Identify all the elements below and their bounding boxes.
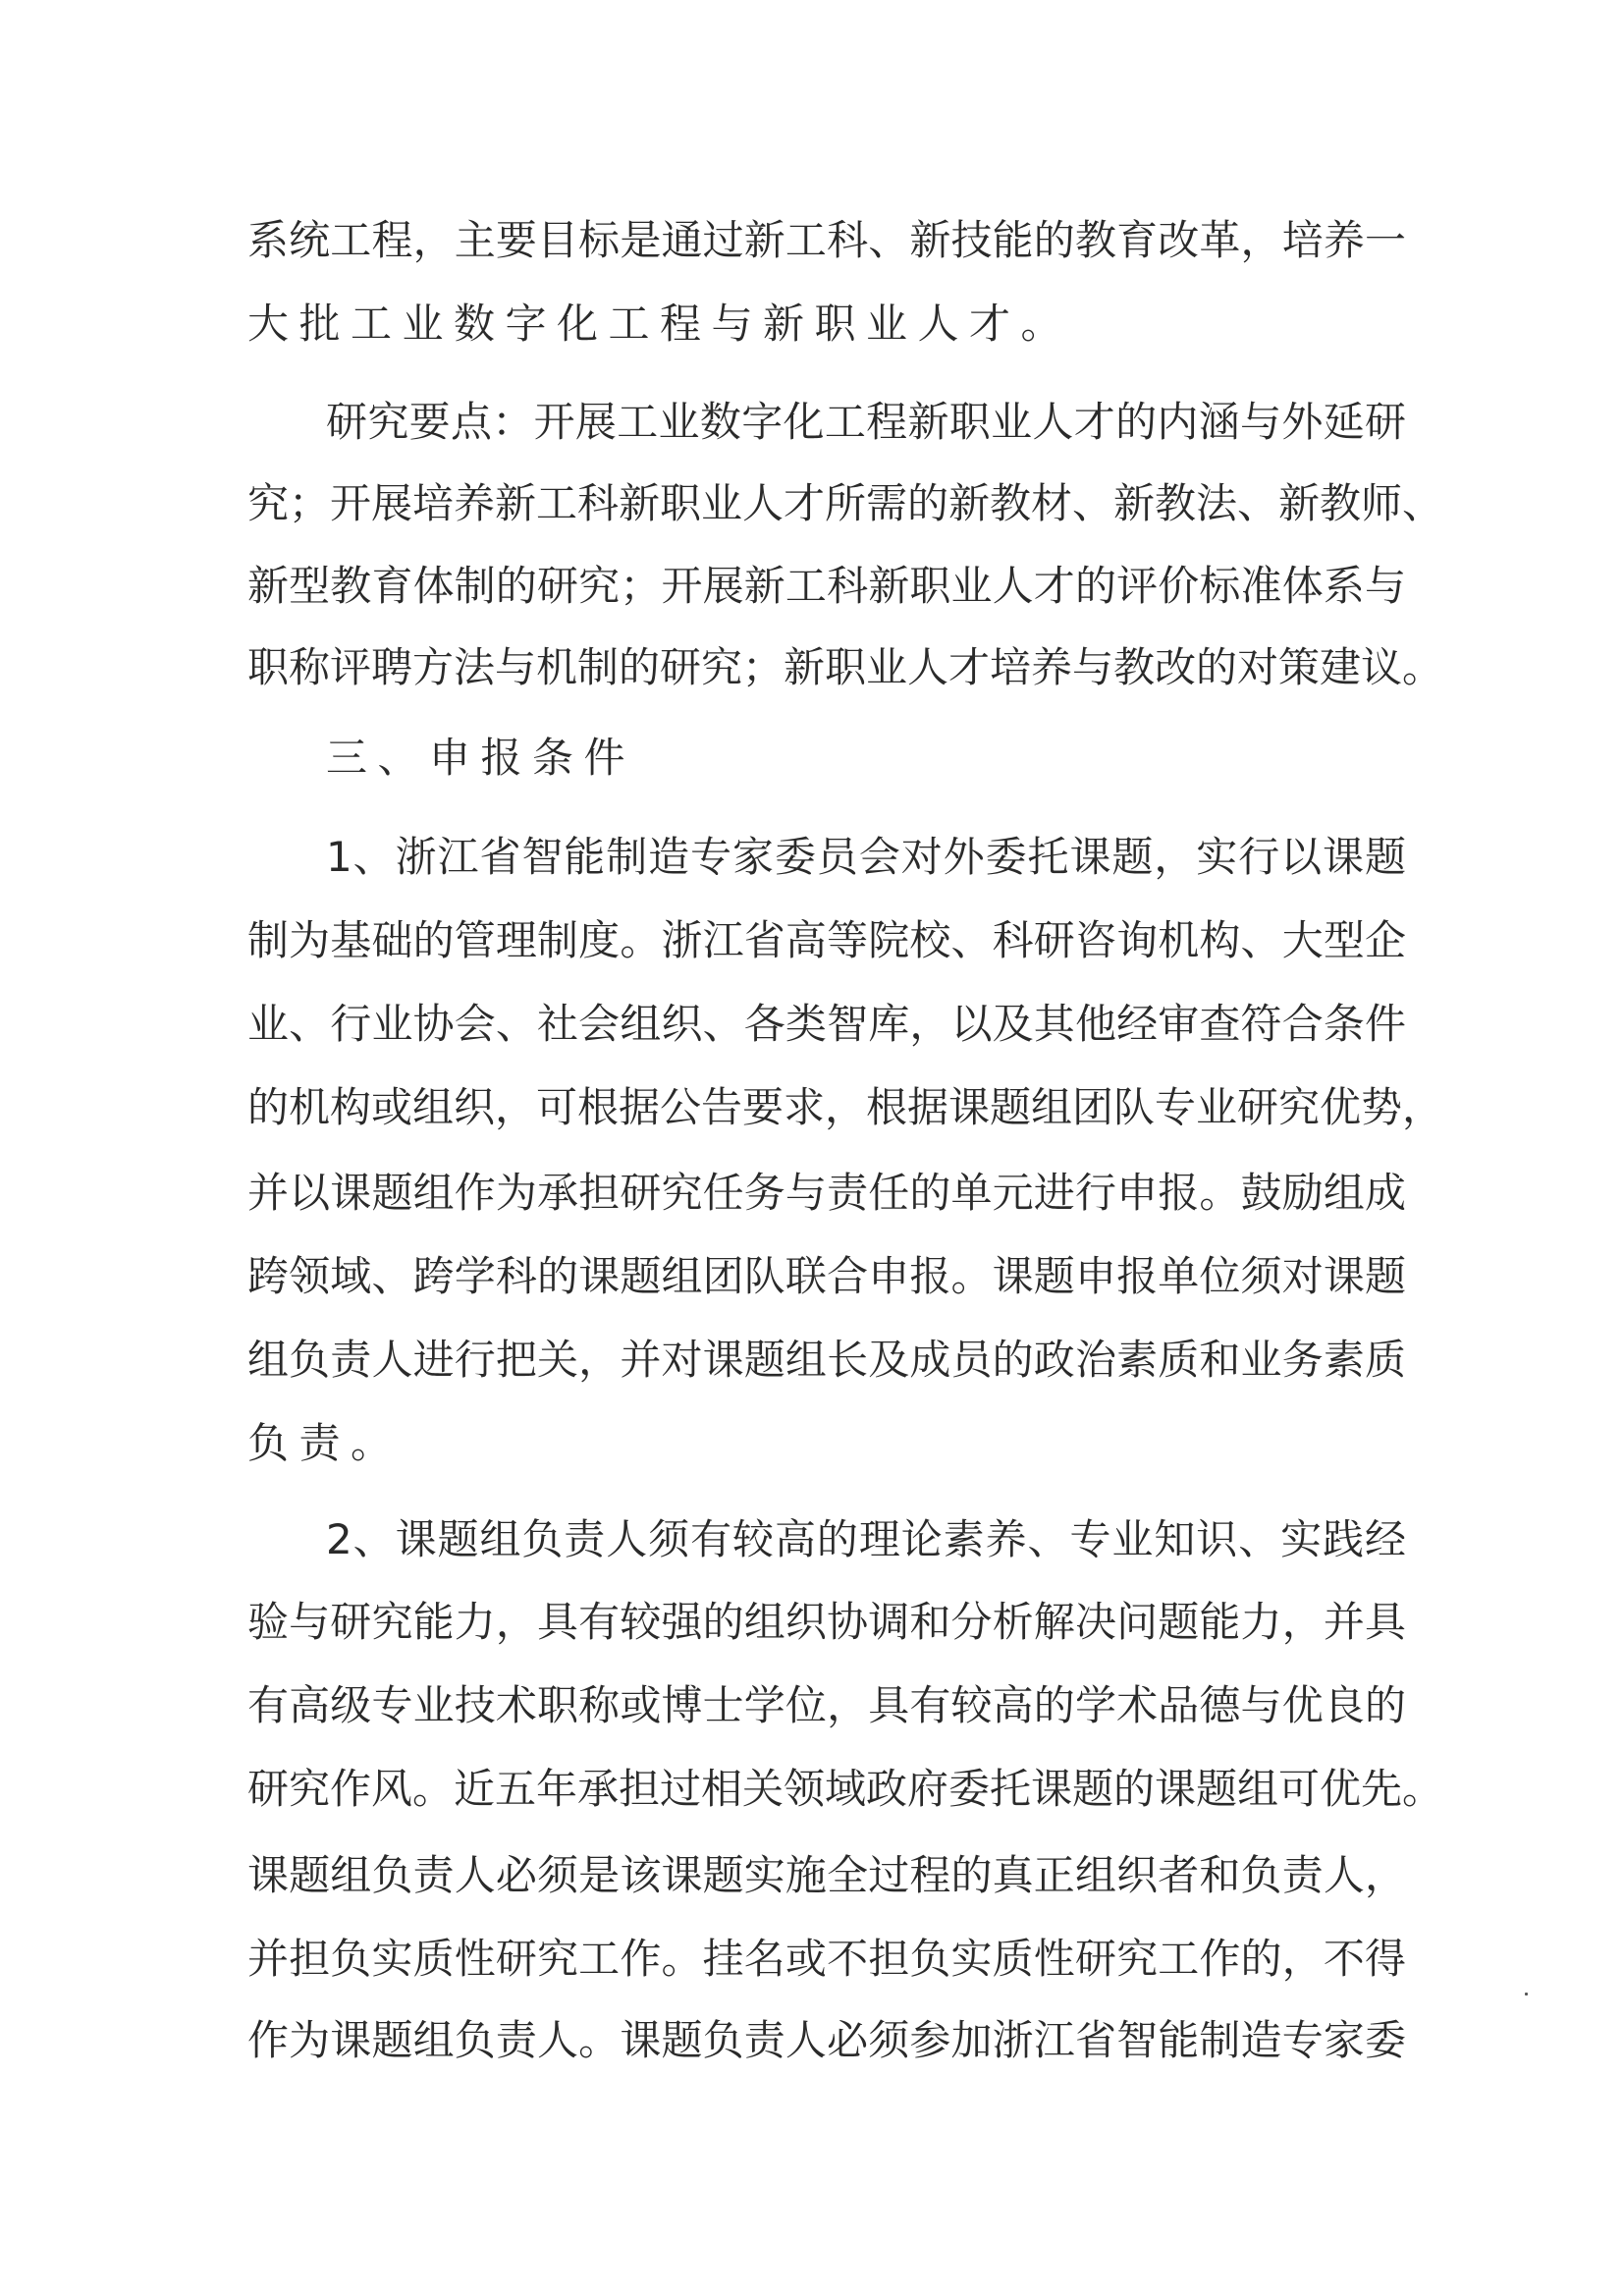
scan-speck: [1525, 1993, 1528, 1995]
text-line: 1、浙江省智能制造专家委员会对外委托课题，实行以课题: [326, 830, 1406, 885]
text-line: 业、行业协会、社会组织、各类智库，以及其他经审查符合条件: [247, 997, 1406, 1052]
text-line: 组负责人进行把关，并对课题组长及成员的政治素质和业务素质: [247, 1333, 1406, 1388]
text-line: 的机构或组织，可根据公告要求，根据课题组团队专业研究优势，: [247, 1080, 1406, 1135]
document-page: 系统工程，主要目标是通过新工科、新技能的教育改革，培养一 大批工业数字化工程与新…: [0, 0, 1623, 2296]
text-line: 课题组负责人必须是该课题实施全过程的真正组织者和负责人，: [247, 1848, 1406, 1903]
text-line: 新型教育体制的研究；开展新工科新职业人才的评价标准体系与: [247, 559, 1406, 614]
text-line: 职称评聘方法与机制的研究；新职业人才培养与教改的对策建议。: [247, 640, 1406, 695]
text-line: 大批工业数字化工程与新职业人才。: [247, 297, 1406, 352]
text-line: 有高级专业技术职称或博士学位，具有较高的学术品德与优良的: [247, 1678, 1406, 1733]
text-line: 负责。: [247, 1416, 1406, 1471]
text-line: 并担负实质性研究工作。挂名或不担负实质性研究工作的，不得: [247, 1932, 1406, 1987]
text-line: 系统工程，主要目标是通过新工科、新技能的教育改革，培养一: [247, 213, 1406, 268]
text-line: 研究要点：开展工业数字化工程新职业人才的内涵与外延研: [326, 395, 1406, 450]
section-heading: 三、申报条件: [326, 731, 1485, 786]
text-line: 并以课题组作为承担研究任务与责任的单元进行申报。鼓励组成: [247, 1166, 1406, 1221]
text-line: 跨领域、跨学科的课题组团队联合申报。课题申报单位须对课题: [247, 1249, 1406, 1304]
text-line: 制为基础的管理制度。浙江省高等院校、科研咨询机构、大型企: [247, 913, 1406, 968]
text-line: 研究作风。近五年承担过相关领域政府委托课题的课题组可优先。: [247, 1762, 1406, 1817]
text-line: 验与研究能力，具有较强的组织协调和分析解决问题能力，并具: [247, 1595, 1406, 1650]
text-line: 2、课题组负责人须有较高的理论素养、专业知识、实践经: [326, 1512, 1406, 1567]
text-line: 究；开展培养新工科新职业人才所需的新教材、新教法、新教师、: [247, 476, 1406, 531]
text-line: 作为课题组负责人。课题负责人必须参加浙江省智能制造专家委: [247, 2013, 1406, 2068]
